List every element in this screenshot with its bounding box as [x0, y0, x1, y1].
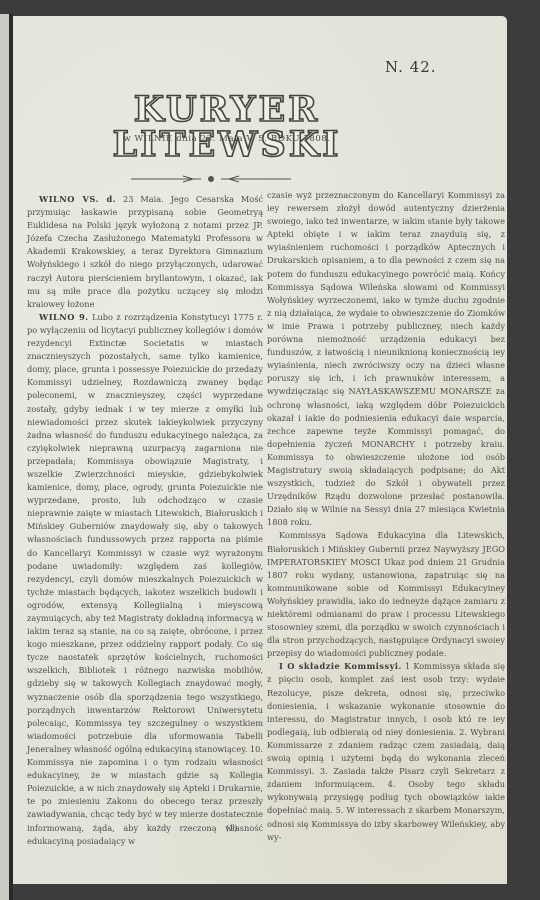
paragraph-text: Kommissya Sądowa Edukacyina dla Litewski… [267, 530, 505, 658]
article-paragraph: Kommissya Sądowa Edukacyina dla Litewski… [267, 529, 505, 660]
paragraph-text: Lubo z rozrządzenia Konstytucyi 1775 r. … [27, 312, 263, 846]
page-folio: (1) [226, 824, 237, 833]
article-paragraph: WILNO VS. d. 23 Maia. Jego Cesarska Mość… [27, 193, 263, 311]
adjacent-page-edge [0, 14, 9, 900]
issue-number: N. 42. [385, 58, 437, 76]
article-paragraph: czasie wyż przeznaczonym do Kancellaryi … [267, 189, 505, 529]
ornamental-divider-icon [131, 175, 291, 183]
masthead-title: KURYER LITEWSKI [27, 92, 427, 162]
paragraph-text: 23 Maia. Jego Cesarska Mość przymuiąc ła… [27, 194, 263, 309]
article-paragraph: WILNO 9. Lubo z rozrządzenia Konstytucyi… [27, 311, 263, 848]
paragraph-text: 1 Kommissya składa się z pięciu osob, ko… [267, 661, 505, 841]
article-paragraph: I O składzie Kommissyi. 1 Kommissya skła… [267, 660, 505, 843]
paragraph-lead: WILNO 9. [39, 312, 89, 322]
paragraph-lead: I O składzie Kommissyi. [279, 661, 402, 671]
paragraph-lead: WILNO VS. d. [39, 194, 116, 204]
article-column-left: WILNO VS. d. 23 Maia. Jego Cesarska Mość… [27, 193, 263, 848]
article-column-right: czasie wyż przeznaczonym do Kancellaryi … [267, 189, 505, 844]
paragraph-text: czasie wyż przeznaczonym do Kancellaryi … [267, 190, 505, 527]
newspaper-page: N. 42. KURYER LITEWSKI w WILNIE dnia 23.… [13, 16, 507, 884]
dateline: w WILNIE dnia 23. Maia V. S. ROKU 1808. [27, 134, 427, 144]
